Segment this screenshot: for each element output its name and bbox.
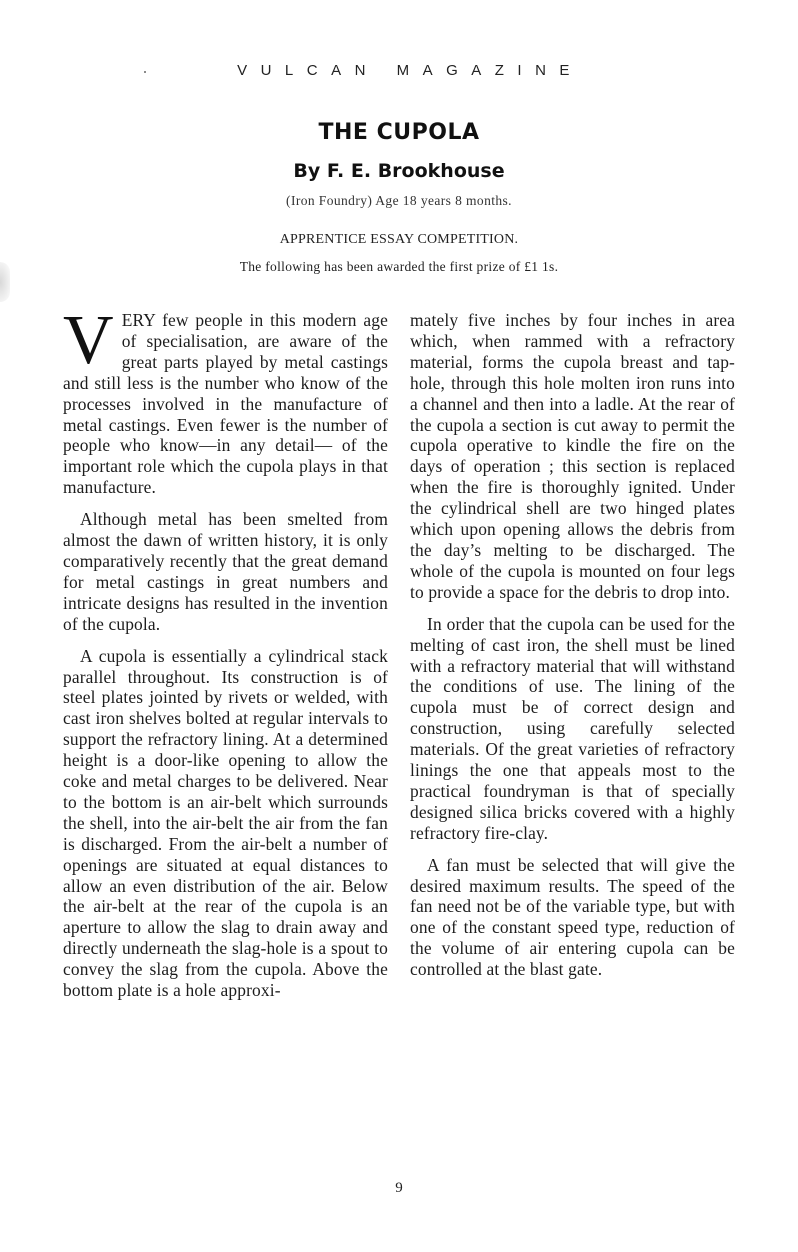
article-byline: By F. E. Brookhouse (0, 160, 798, 182)
paragraph: A fan must be selected that will give th… (410, 855, 735, 980)
author-affiliation: (Iron Foundry) Age 18 years 8 months. (0, 193, 798, 209)
left-column: VERY few people in this modern age of sp… (63, 310, 388, 1012)
prize-note: The following has been awarded the first… (0, 259, 798, 275)
page-number: 9 (0, 1180, 798, 1197)
paragraph-intro: VERY few people in this modern age of sp… (63, 310, 388, 498)
article-title: THE CUPOLA (0, 120, 798, 145)
paragraph: A cupola is essentially a cylin­drical s… (63, 646, 388, 1001)
competition-heading: APPRENTICE ESSAY COMPETITION. (0, 232, 798, 248)
right-column: mately five inches by four inches in are… (410, 310, 735, 991)
paragraph: In order that the cupola can be used for… (410, 614, 735, 844)
paragraph: Although metal has been smelted from alm… (63, 509, 388, 634)
paragraph-continued: mately five inches by four inches in are… (410, 310, 735, 603)
publication-header: VULCAN MAGAZINE (0, 62, 798, 79)
drop-cap: V (63, 312, 114, 368)
